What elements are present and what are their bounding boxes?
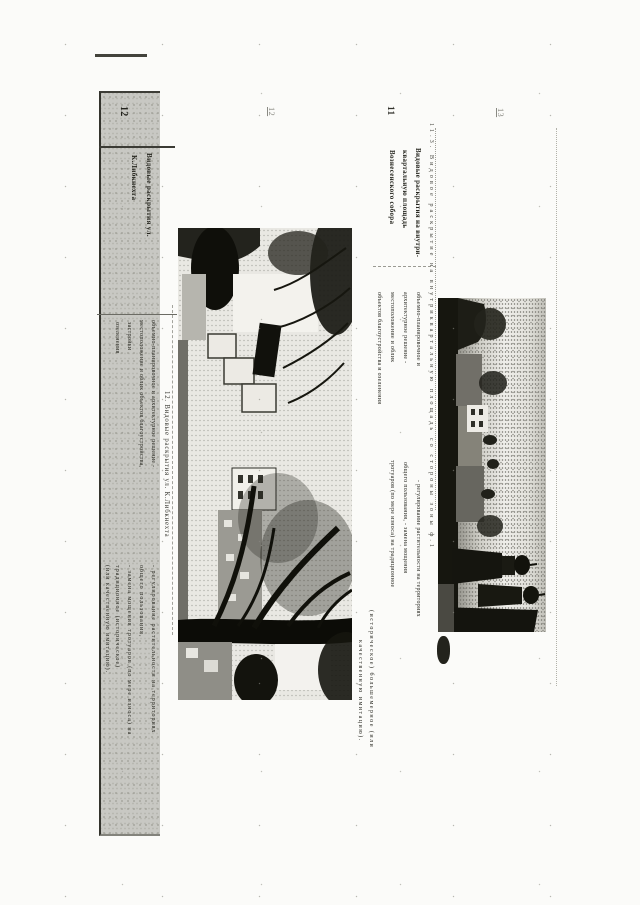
dashed-rule-vertical xyxy=(172,305,173,635)
row11-text-line: общего пользования, - замена мощения xyxy=(402,462,408,573)
white-facade xyxy=(467,405,488,432)
dashed-rule-horizontal xyxy=(373,266,436,267)
row12-text-line: (или качественную имитацию). xyxy=(104,565,110,673)
row12-text-line: общего пользования, xyxy=(138,565,144,637)
row12-title-line: Видовые раскрытия ул. xyxy=(145,153,152,237)
figure1-margin-number: 12 xyxy=(268,107,277,116)
row12-text-line: местоположение и облик объектов благоуст… xyxy=(138,320,144,468)
dome-tower-silhouette xyxy=(478,584,545,607)
row12-text-line: застройки xyxy=(126,322,132,350)
row12-title-line: К.Либкнехта xyxy=(130,155,137,200)
bell-tower-silhouette xyxy=(452,548,537,584)
row11-text-line: качественную имитацию). xyxy=(357,640,363,742)
dotted-rule-vertical xyxy=(556,128,557,686)
row12-text-line: озеленения xyxy=(114,322,120,354)
figure1-photo xyxy=(178,228,352,700)
row12-number: 12 xyxy=(118,106,128,117)
tree-trunk-silhouette xyxy=(178,618,352,644)
row11-title-line: квартальную площадь xyxy=(401,150,408,228)
ink-blob xyxy=(437,636,450,664)
row11-text-line: - регулирование растительности на террит… xyxy=(415,480,421,617)
photo1-image xyxy=(178,228,352,700)
row12-cell-divider-2 xyxy=(97,314,177,315)
row11-text-line: (историческое) большемерное (или xyxy=(368,610,374,748)
row11-title-line: Вознесенского собора xyxy=(388,150,395,224)
photo2-image xyxy=(438,298,546,632)
row11-text-line: объемно-планировочное и xyxy=(415,292,421,366)
figure2-photo xyxy=(438,298,546,632)
figure2-caption: 11.3. Видовое раскрытие на внутриквартал… xyxy=(428,123,434,550)
figure2-margin-number: 13 xyxy=(497,108,506,117)
row12-text-line: - регулирование растительности на террит… xyxy=(150,565,156,733)
table-border-fragment xyxy=(95,54,147,57)
figure1-caption: 12. Видовые раскрытия ул. К.Либкнехта xyxy=(162,391,169,537)
scan-page: 12 Видовые раскрытия ул. К.Либкнехта объ… xyxy=(0,0,640,905)
row12-cell-divider xyxy=(99,146,175,148)
row12-text-line: - замена мощения тротуаров (по мере изно… xyxy=(126,565,132,735)
row11-text-line: тротуаров (по мере износа) на традиционн… xyxy=(389,460,395,587)
row11-text-line: местоположение и облик xyxy=(389,292,395,362)
row11-text-line: архитектурное решение - xyxy=(402,292,408,363)
row12-text-line: традиционное (историческое) xyxy=(114,565,120,668)
row11-text-line: объектов благоустройства и озеленения xyxy=(376,292,382,404)
dotted-rule-vertical xyxy=(435,128,436,510)
row11-number: 11 xyxy=(385,106,395,116)
row11-title-line: Видовые раскрытия на внутри- xyxy=(414,148,421,257)
row12-text-line: объемно-планировочное и архитектурное ре… xyxy=(150,320,156,467)
